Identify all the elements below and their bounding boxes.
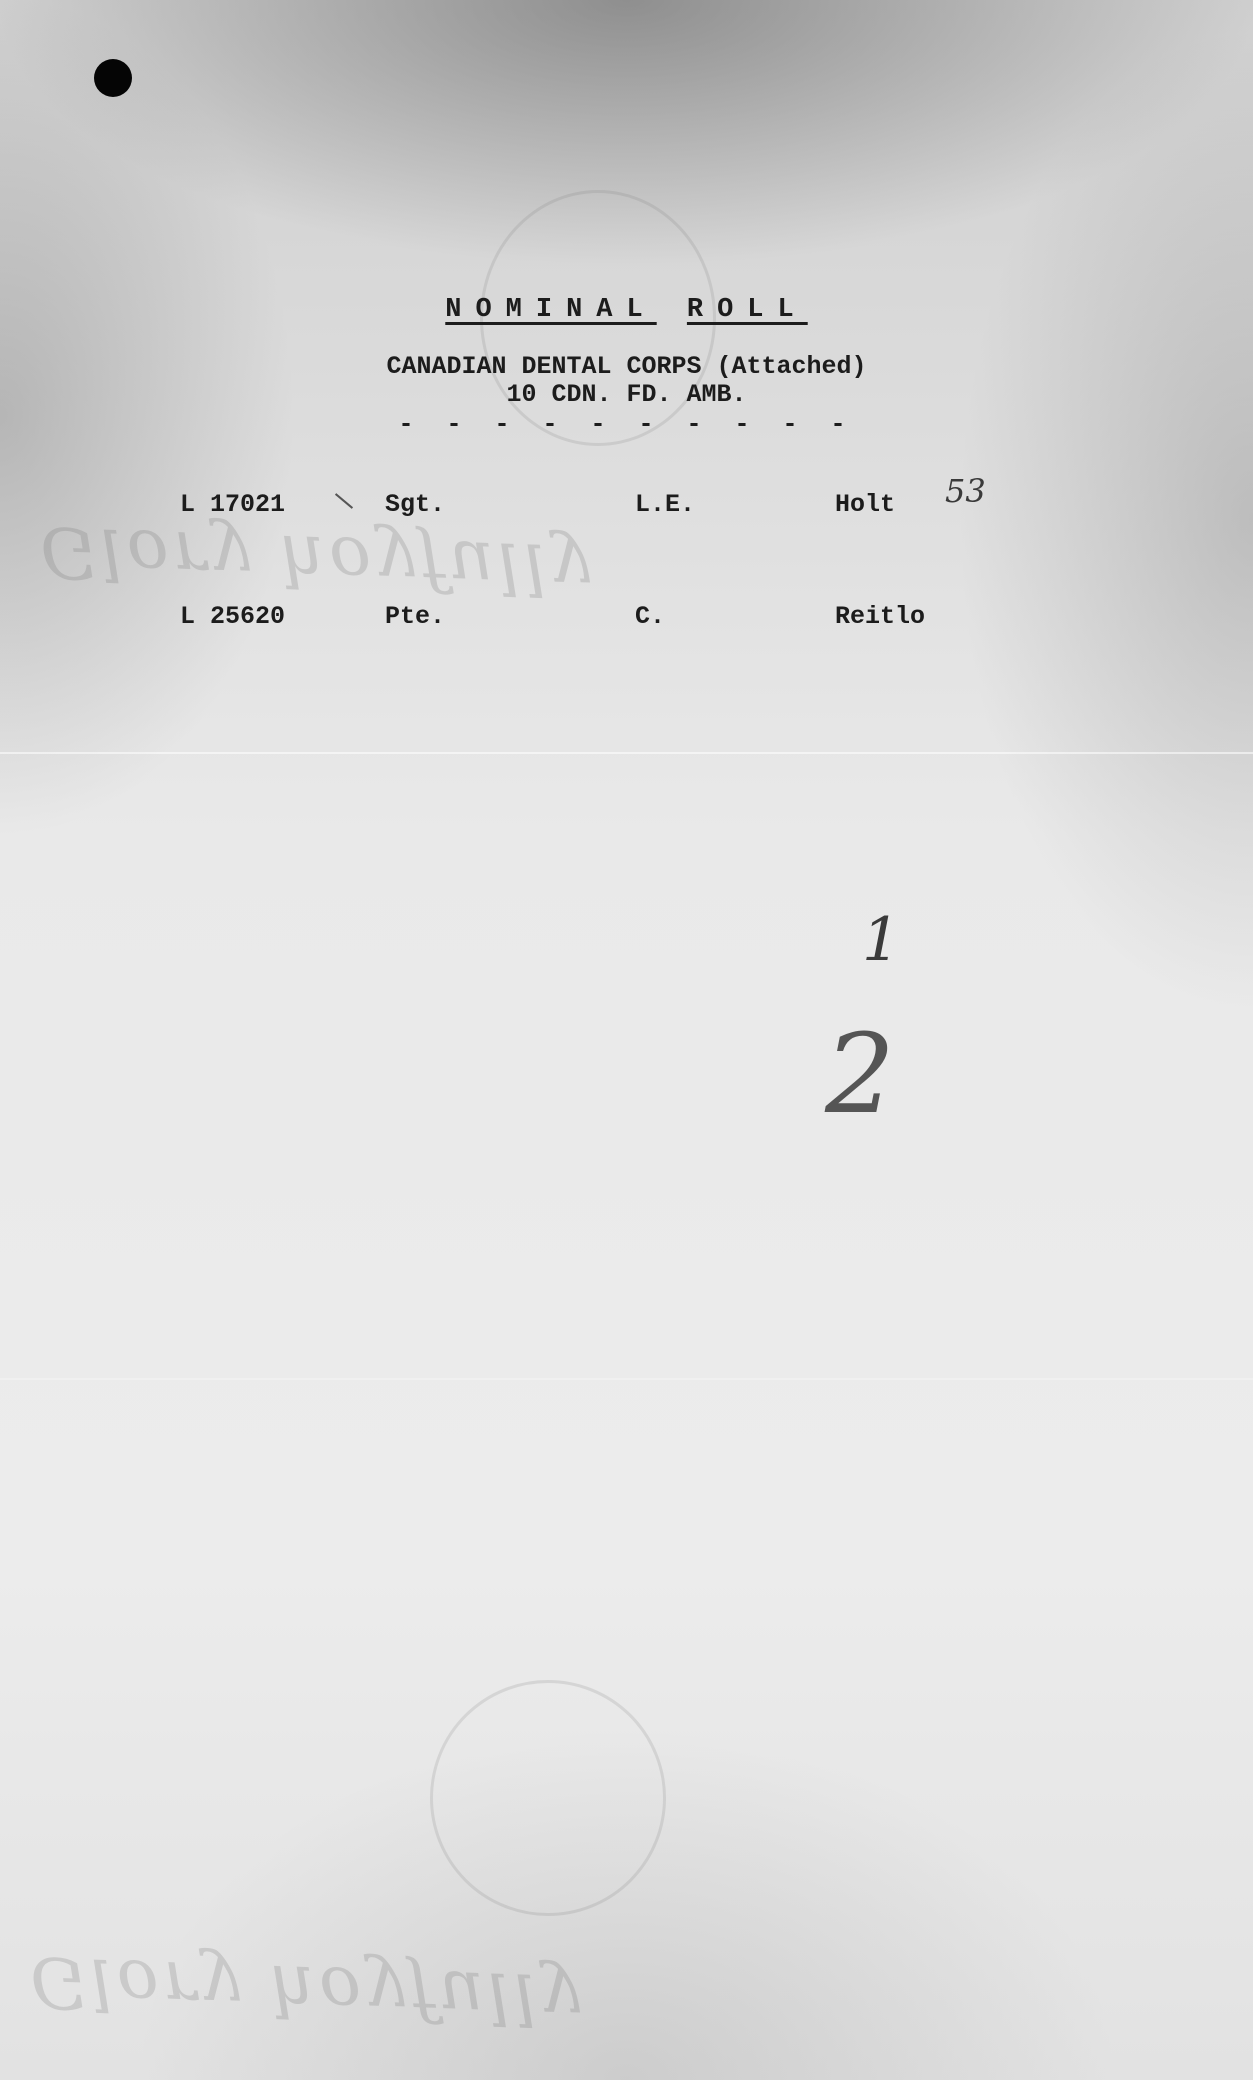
punch-hole: [94, 59, 132, 97]
title-word: ROLL: [687, 295, 808, 325]
crest-watermark: [430, 1680, 666, 1916]
handwritten-annotation: 53: [945, 472, 986, 510]
paper-crease: [0, 752, 1253, 754]
service-number: L 25620: [180, 602, 285, 631]
unit-subname: 10 CDN. FD. AMB.: [0, 381, 1253, 409]
paper-crease: [0, 1378, 1253, 1380]
surname: Reitlo: [835, 602, 925, 631]
initials: L.E.: [635, 490, 695, 519]
roll-entry: L 25620 Pte. C. Reitlo: [0, 602, 1253, 636]
document-title: NOMINAL ROLL: [0, 295, 1253, 325]
rank: Pte.: [385, 602, 445, 631]
handwritten-page-mark: 2: [825, 1010, 895, 1138]
handwritten-page-mark: 1: [862, 905, 900, 975]
roll-entry: L 17021 Sgt. L.E. Holt 53: [0, 490, 1253, 524]
unit-name: CANADIAN DENTAL CORPS (Attached): [0, 353, 1253, 381]
separator: - - - - - - - - - -: [0, 410, 1253, 439]
title-word: NOMINAL: [445, 295, 656, 325]
rank: Sgt.: [385, 490, 445, 519]
initials: C.: [635, 602, 665, 631]
service-number: L 17021: [180, 490, 285, 519]
surname: Holt: [835, 490, 895, 519]
